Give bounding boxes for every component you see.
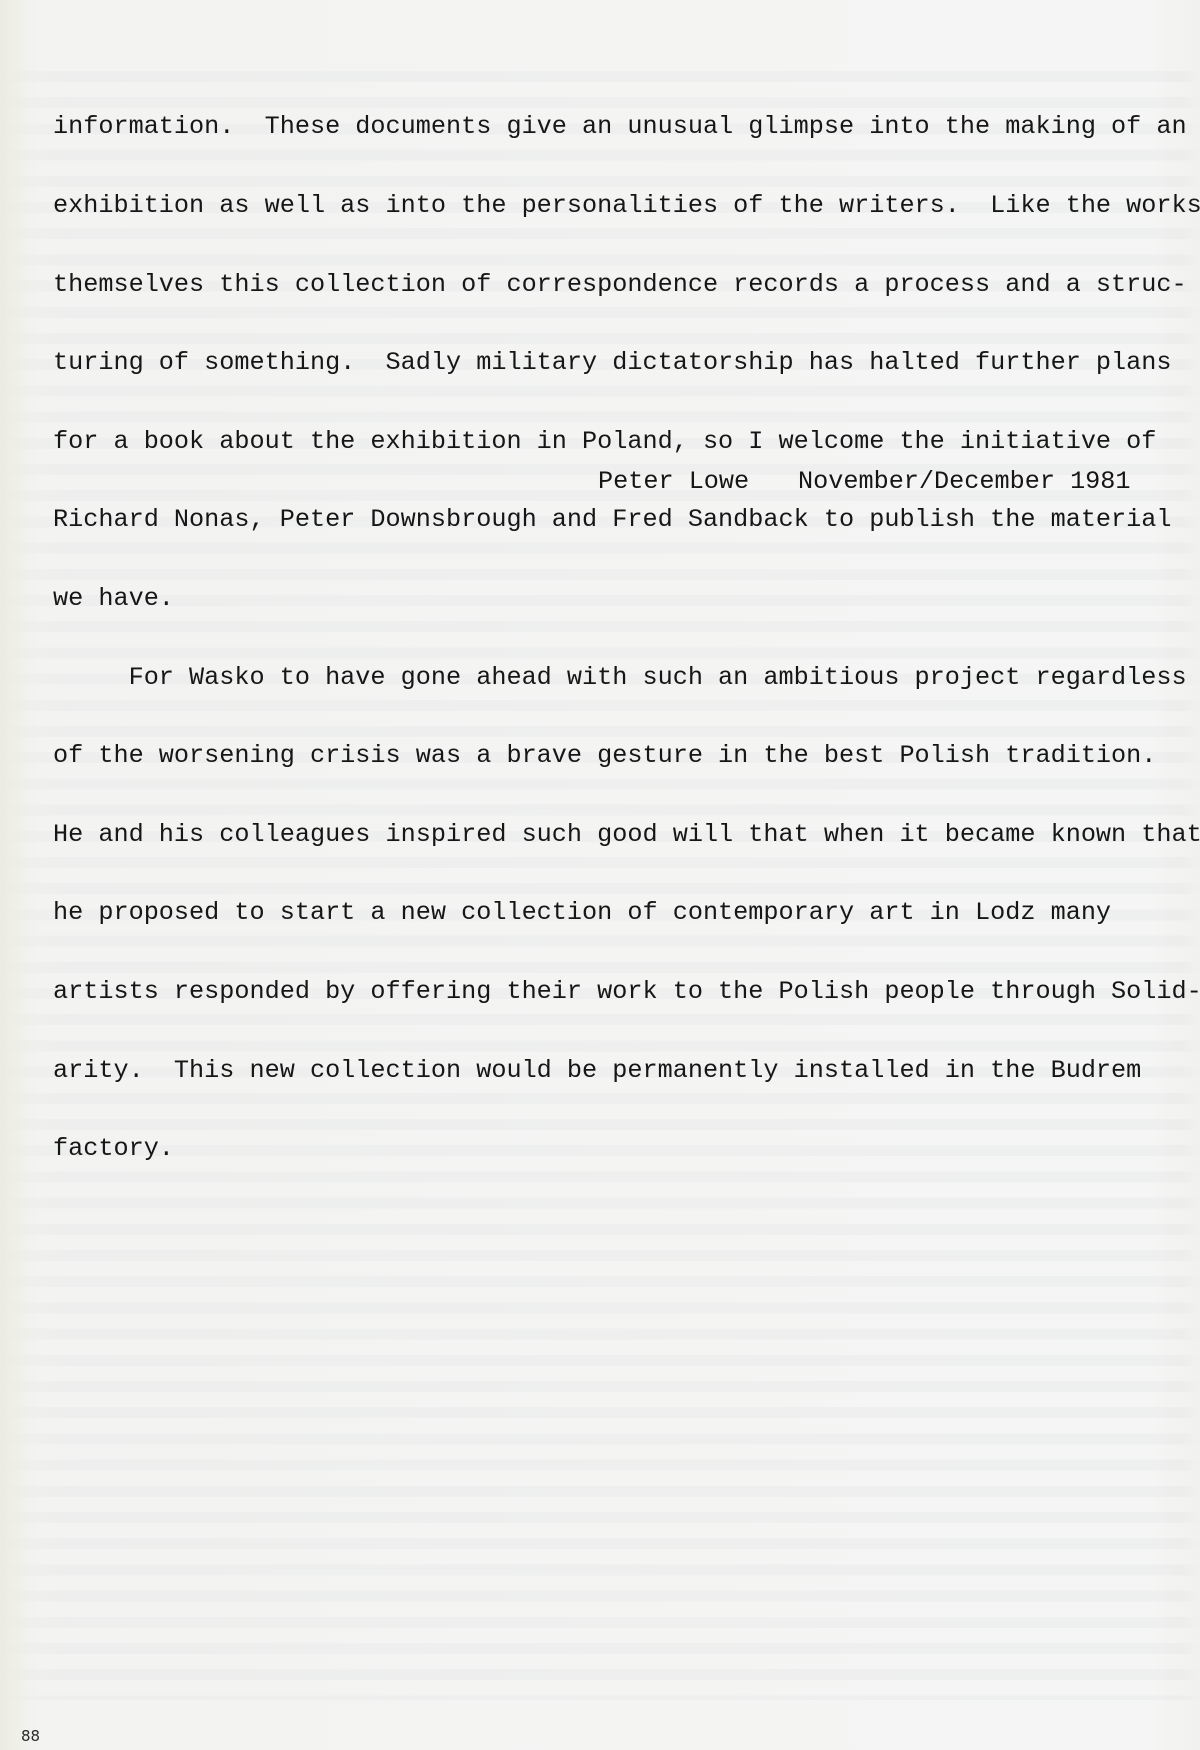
text-line: for a book about the exhibition in Polan…: [53, 429, 1200, 455]
text-line: factory.: [53, 1136, 1200, 1162]
signature-author: Peter Lowe: [598, 469, 749, 495]
text-line: Richard Nonas, Peter Downsbrough and Fre…: [53, 507, 1200, 533]
body-text: information. These documents give an unu…: [53, 62, 1200, 1215]
page-number: 88: [21, 1727, 40, 1745]
text-line: arity. This new collection would be perm…: [53, 1058, 1200, 1084]
document-page: information. These documents give an unu…: [0, 0, 1200, 1750]
text-line: he proposed to start a new collection of…: [53, 900, 1200, 926]
text-line: exhibition as well as into the personali…: [53, 193, 1200, 219]
text-line: we have.: [53, 586, 1200, 612]
signature-date: November/December 1981: [798, 469, 1131, 495]
text-line: information. These documents give an unu…: [53, 114, 1200, 140]
text-line: turing of something. Sadly military dict…: [53, 350, 1200, 376]
text-line: He and his colleagues inspired such good…: [53, 822, 1200, 848]
text-line: themselves this collection of correspond…: [53, 272, 1200, 298]
text-line: For Wasko to have gone ahead with such a…: [53, 665, 1200, 691]
text-line: artists responded by offering their work…: [53, 979, 1200, 1005]
text-line: of the worsening crisis was a brave gest…: [53, 743, 1200, 769]
